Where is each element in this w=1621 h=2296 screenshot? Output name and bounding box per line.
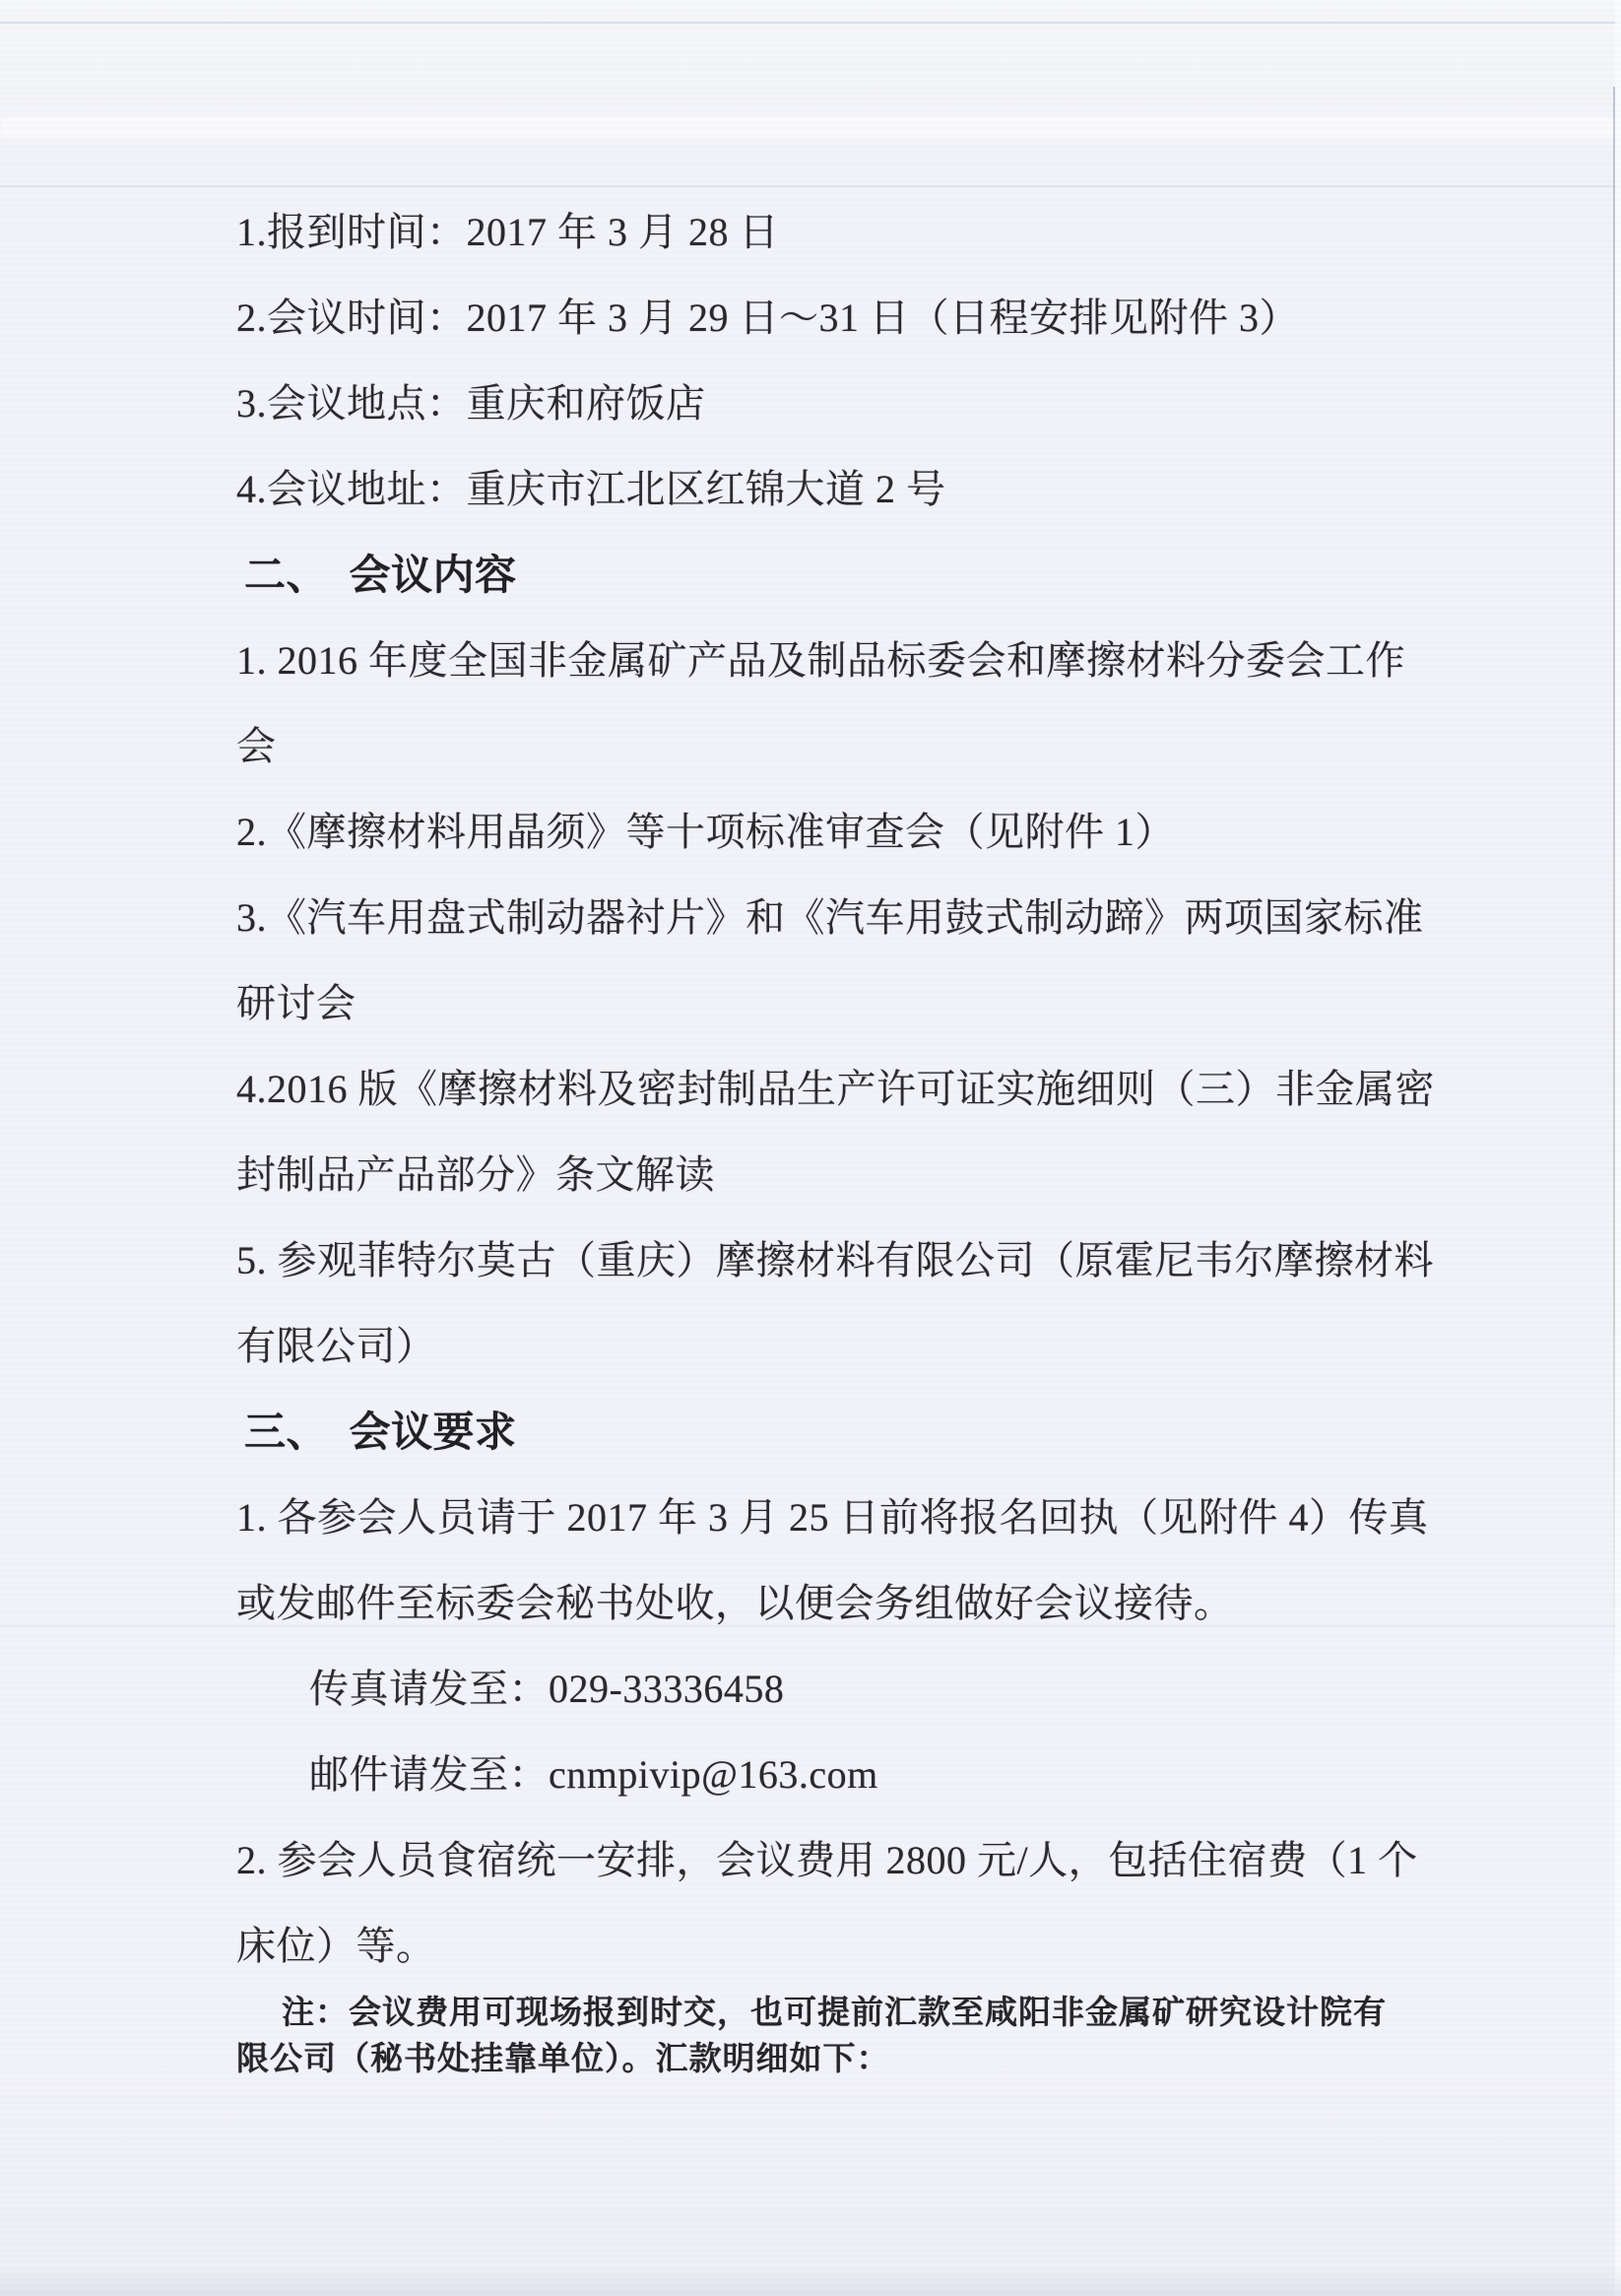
scan-artifact-bottom-band: [0, 2266, 1621, 2296]
scanned-page: 1.报到时间：2017 年 3 月 28 日2.会议时间：2017 年 3 月 …: [0, 0, 1621, 2296]
document-line: 1. 2016 年度全国非金属矿产品及制品标委会和摩擦材料分委会工作: [236, 618, 1473, 703]
document-line: 传真请发至：029-33336458: [236, 1646, 1473, 1732]
document-line: 邮件请发至：cnmpivip@163.com: [236, 1732, 1473, 1817]
document-line: 会: [236, 703, 1473, 789]
document-line: 限公司（秘书处挂靠单位）。汇款明细如下：: [236, 2035, 1473, 2081]
document-line: 4.会议地址：重庆市江北区红锦大道 2 号: [236, 446, 1473, 532]
document-line: 床位）等。: [236, 1903, 1473, 1989]
document-line: 3.《汽车用盘式制动器衬片》和《汽车用鼓式制动蹄》两项国家标准: [236, 875, 1473, 960]
document-line: 2.会议时间：2017 年 3 月 29 日～31 日（日程安排见附件 3）: [236, 275, 1473, 361]
document-line: 2.《摩擦材料用晶须》等十项标准审查会（见附件 1）: [236, 789, 1473, 875]
section-heading: 三、 会议要求: [236, 1389, 1473, 1475]
document-line: 注：会议费用可现场报到时交，也可提前汇款至咸阳非金属矿研究设计院有: [236, 1989, 1473, 2035]
document-line: 有限公司）: [236, 1303, 1473, 1389]
document-line: 3.会议地点：重庆和府饭店: [236, 361, 1473, 446]
document-line: 5. 参观菲特尔莫古（重庆）摩擦材料有限公司（原霍尼韦尔摩擦材料: [236, 1217, 1473, 1303]
document-line: 4.2016 版《摩擦材料及密封制品生产许可证实施细则（三）非金属密: [236, 1046, 1473, 1132]
document-line: 研讨会: [236, 960, 1473, 1046]
document-content: 1.报到时间：2017 年 3 月 28 日2.会议时间：2017 年 3 月 …: [0, 0, 1621, 2081]
document-line: 1. 各参会人员请于 2017 年 3 月 25 日前将报名回执（见附件 4）传…: [236, 1475, 1473, 1560]
document-line: 1.报到时间：2017 年 3 月 28 日: [236, 189, 1473, 275]
section-heading: 二、 会议内容: [236, 532, 1473, 618]
document-line: 封制品产品部分》条文解读: [236, 1132, 1473, 1217]
document-line: 2. 参会人员食宿统一安排，会议费用 2800 元/人，包括住宿费（1 个: [236, 1817, 1473, 1903]
document-line: 或发邮件至标委会秘书处收，以便会务组做好会议接待。: [236, 1560, 1473, 1646]
